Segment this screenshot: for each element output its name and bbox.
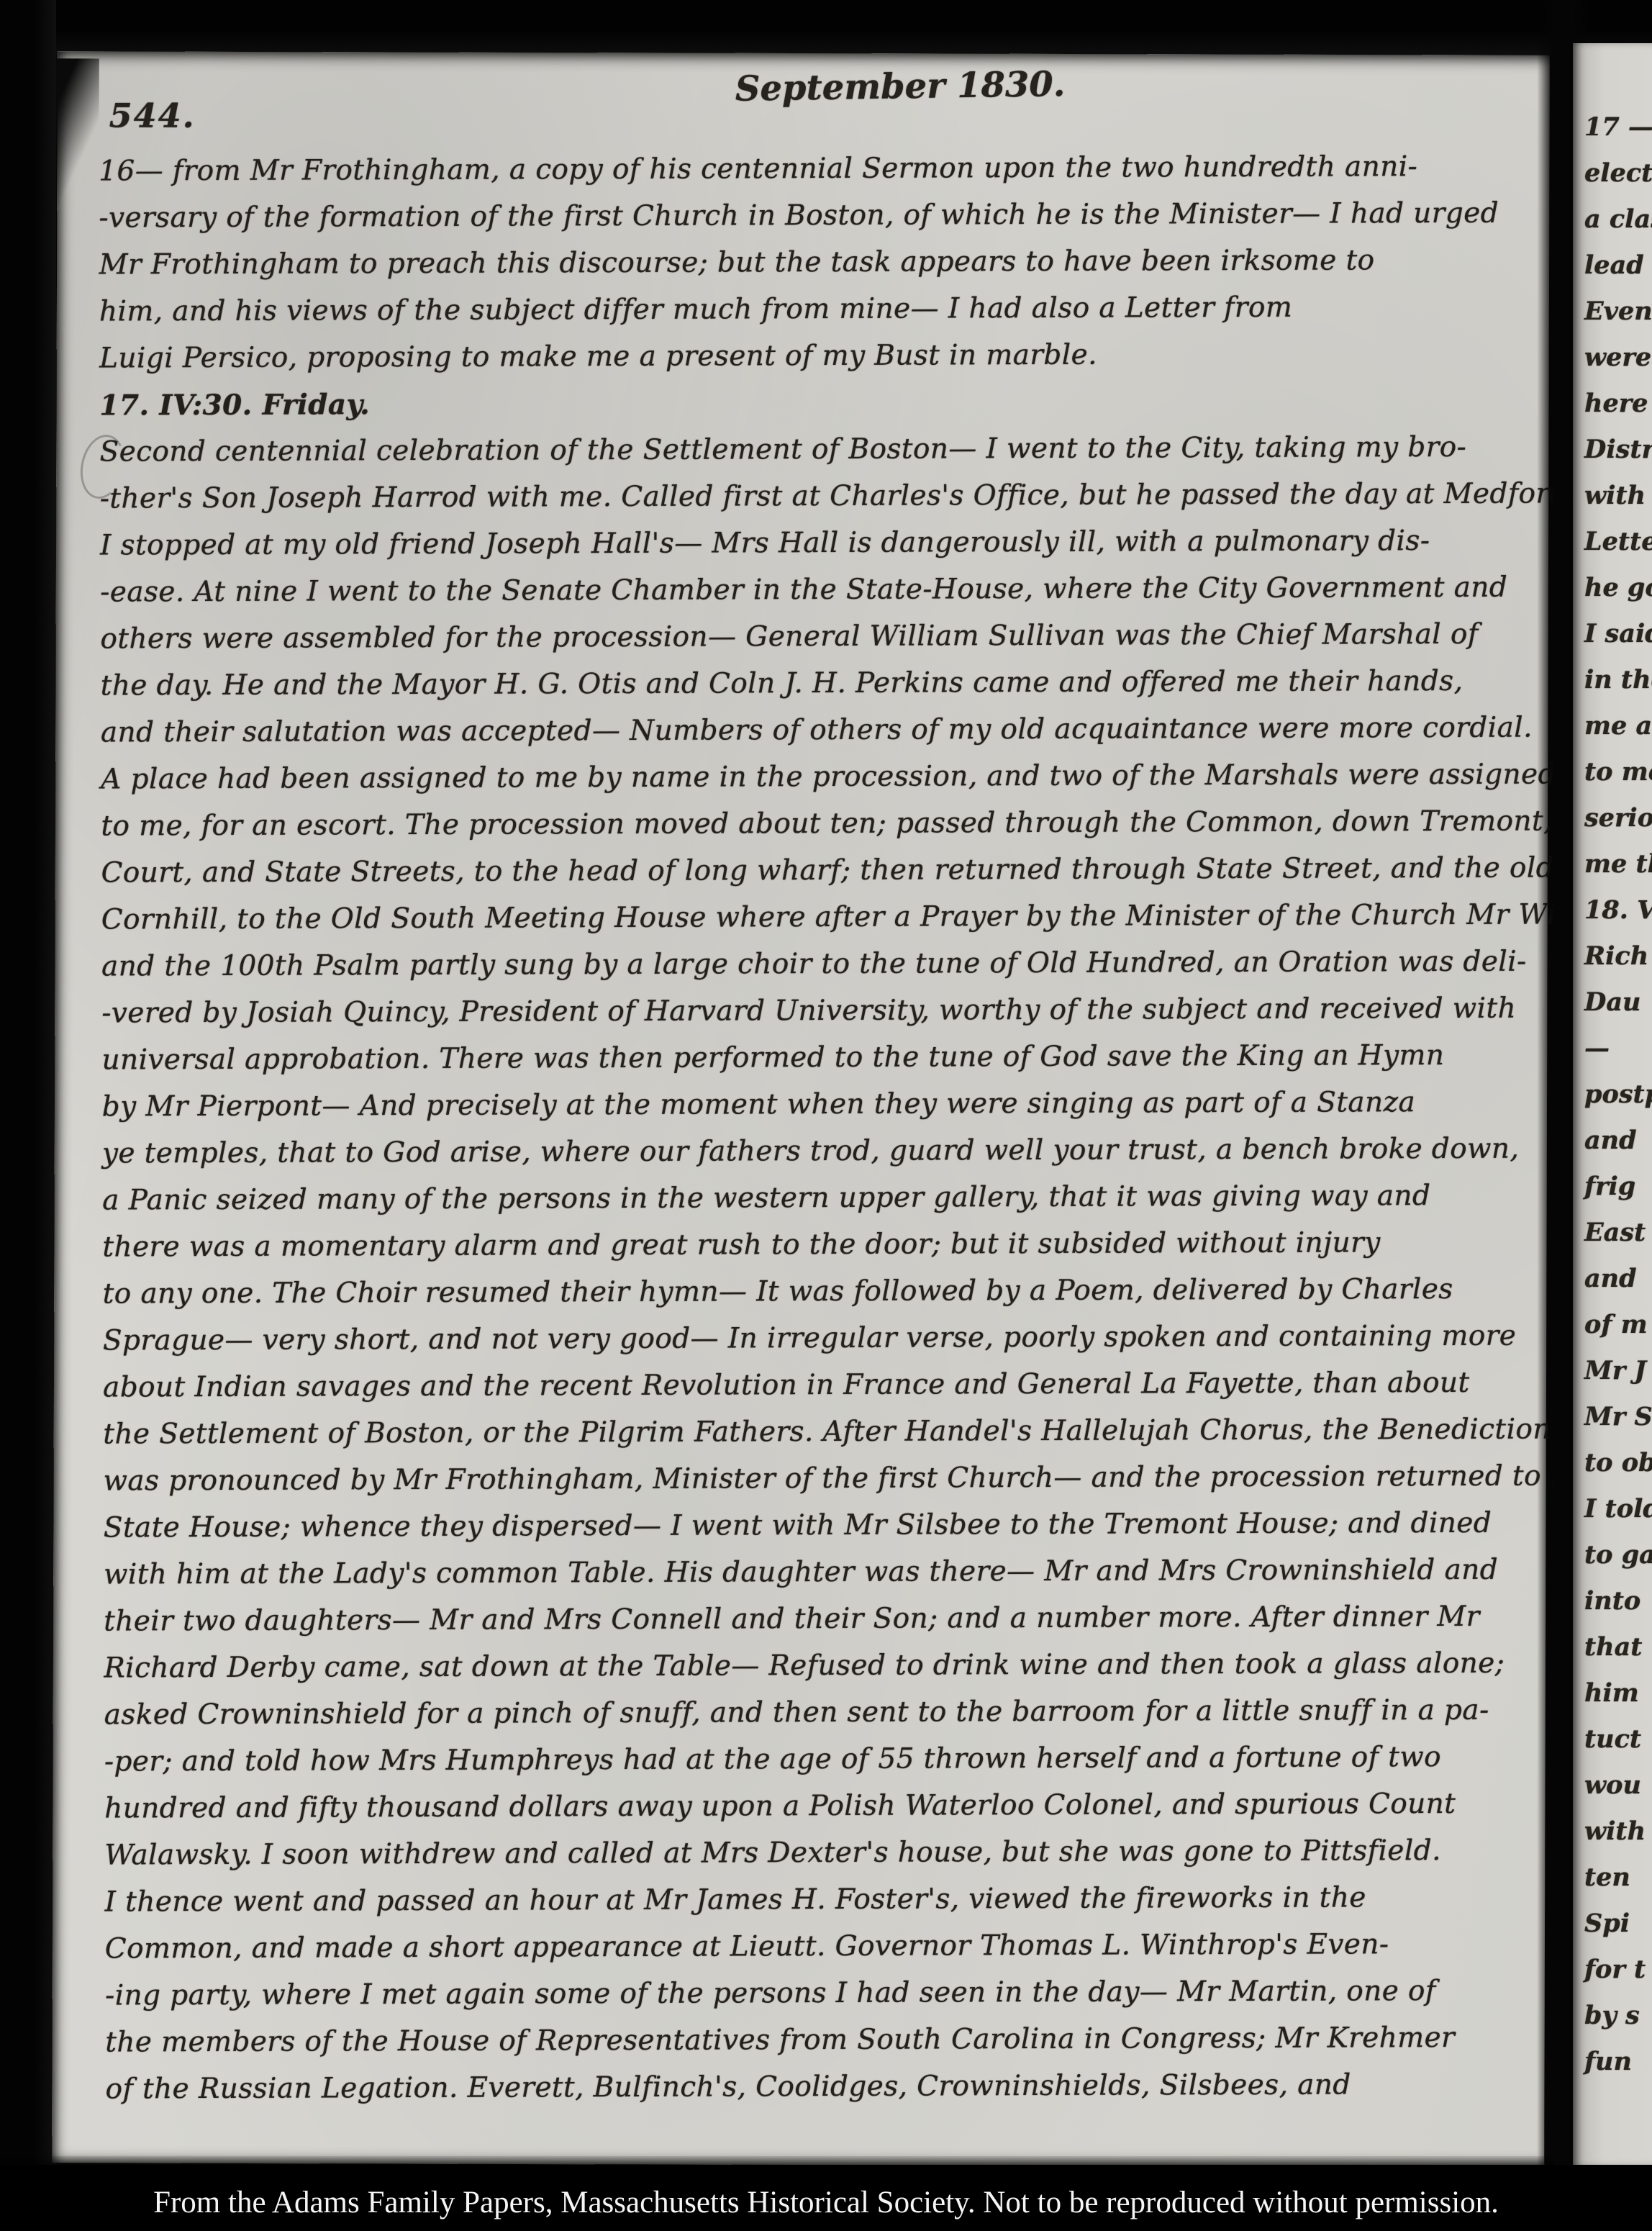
manuscript-line: -ing party, where I met again some of th…: [105, 1975, 1531, 2027]
month-header: September 1830.: [735, 64, 1065, 109]
manuscript-line: Second centennial celebration of the Set…: [100, 431, 1526, 483]
sliver-line: wou: [1573, 1770, 1652, 1816]
sliver-line: to me,: [1573, 757, 1652, 803]
sliver-line: frig: [1573, 1172, 1652, 1218]
manuscript-line: -per; and told how Mrs Humphreys had at …: [104, 1741, 1530, 1793]
sliver-line: I told: [1573, 1494, 1652, 1540]
manuscript-line: Sprague— very short, and not very good— …: [103, 1320, 1529, 1372]
manuscript-text-block: 16— from Mr Frothingham, a copy of his c…: [99, 150, 1532, 2120]
sliver-line: by s: [1573, 2001, 1652, 2047]
sliver-line: Dau: [1573, 987, 1652, 1033]
manuscript-line: I thence went and passed an hour at Mr J…: [105, 1881, 1531, 1933]
adjacent-page-sliver: 17 — 5 electi a clas lead Evenin were s …: [1573, 43, 1652, 2166]
sliver-line: him: [1573, 1678, 1652, 1724]
sliver-line: Lette: [1573, 527, 1652, 573]
sliver-line: Spi: [1573, 1909, 1652, 1955]
sliver-line: and: [1573, 1126, 1652, 1172]
sliver-line: tuct: [1573, 1724, 1652, 1770]
sliver-line: Evenin: [1573, 297, 1652, 343]
sliver-line: here f: [1573, 389, 1652, 435]
manuscript-line: universal approbation. There was then pe…: [101, 1039, 1528, 1091]
manuscript-line: a Panic seized many of the persons in th…: [102, 1180, 1528, 1231]
sliver-line: a clas: [1573, 204, 1652, 250]
manuscript-line: about Indian savages and the recent Revo…: [103, 1367, 1529, 1418]
sliver-line: lead: [1573, 250, 1652, 297]
sliver-line: Mr J: [1573, 1356, 1652, 1402]
sliver-line: to ga: [1573, 1540, 1652, 1586]
sliver-line: 18. V:: [1573, 895, 1652, 941]
sliver-line: into: [1573, 1586, 1652, 1632]
manuscript-line: hundred and fifty thousand dollars away …: [104, 1788, 1530, 1839]
manuscript-page: 544. September 1830. 16— from Mr Frothin…: [52, 51, 1550, 2166]
entry-date-heading: 17. IV:30. Friday.: [99, 384, 1525, 436]
manuscript-line: 16— from Mr Frothingham, a copy of his c…: [99, 150, 1525, 202]
manuscript-line: by Mr Pierpont— And precisely at the mom…: [102, 1086, 1528, 1138]
manuscript-line: and their salutation was accepted— Numbe…: [101, 712, 1527, 764]
sliver-line: ten: [1573, 1863, 1652, 1909]
manuscript-line: asked Crowninshield for a pinch of snuff…: [104, 1694, 1530, 1746]
manuscript-line: Walawsky. I soon withdrew and called at …: [104, 1834, 1530, 1886]
manuscript-line: the members of the House of Representati…: [105, 2022, 1531, 2073]
manuscript-line: Luigi Persico, proposing to make me a pr…: [99, 338, 1525, 389]
manuscript-line: the Settlement of Boston, or the Pilgrim…: [103, 1413, 1529, 1465]
scan-left-border: [0, 0, 56, 2231]
manuscript-line: State House; whence they dispersed— I we…: [104, 1507, 1530, 1559]
sliver-line: Mr S: [1573, 1402, 1652, 1448]
manuscript-line: their two daughters— Mr and Mrs Connell …: [104, 1601, 1530, 1652]
sliver-line: Distri: [1573, 435, 1652, 481]
scan-top-border: [0, 0, 1652, 55]
manuscript-line: Cornhill, to the Old South Meeting House…: [101, 899, 1528, 951]
manuscript-line: -vered by Josiah Quincy, President of Ha…: [101, 992, 1528, 1044]
manuscript-line: Richard Derby came, sat down at the Tabl…: [104, 1647, 1530, 1699]
manuscript-line: the day. He and the Mayor H. G. Otis and…: [101, 665, 1527, 717]
manuscript-line: Mr Frothingham to preach this discourse;…: [99, 244, 1525, 296]
sliver-line: I said: [1573, 619, 1652, 665]
manuscript-line: -versary of the formation of the first C…: [99, 197, 1525, 249]
sliver-line: postp: [1573, 1080, 1652, 1126]
sliver-line: and: [1573, 1264, 1652, 1310]
sliver-line: East: [1573, 1218, 1652, 1264]
manuscript-line: ye temples, that to God arise, where our…: [102, 1133, 1528, 1185]
manuscript-line: Common, and made a short appearance at L…: [105, 1928, 1531, 1980]
manuscript-line: with him at the Lady's common Table. His…: [104, 1554, 1530, 1606]
sliver-line: with t: [1573, 481, 1652, 527]
sliver-line: with: [1573, 1816, 1652, 1863]
manuscript-line: to me, for an escort. The procession mov…: [101, 805, 1527, 857]
archive-caption: From the Adams Family Papers, Massachuse…: [0, 2185, 1652, 2220]
sliver-line: —: [1573, 1033, 1652, 1080]
adjacent-page-text: 17 — 5 electi a clas lead Evenin were s …: [1573, 112, 1652, 2093]
page-number: 544.: [109, 96, 196, 135]
manuscript-line: -ther's Son Joseph Harrod with me. Calle…: [100, 478, 1526, 530]
manuscript-line: of the Russian Legation. Everett, Bulfin…: [105, 2068, 1531, 2120]
sliver-line: 17 — 5: [1573, 112, 1652, 158]
manuscript-line: A place had been assigned to me by name …: [101, 759, 1527, 810]
manuscript-line: and the 100th Psalm partly sung by a lar…: [101, 946, 1528, 997]
manuscript-line: him, and his views of the subject differ…: [99, 291, 1525, 343]
sliver-line: Rich: [1573, 941, 1652, 987]
manuscript-line: others were assembled for the procession…: [100, 618, 1526, 670]
sliver-line: electi: [1573, 158, 1652, 204]
sliver-line: fun: [1573, 2047, 1652, 2093]
manuscript-line: Court, and State Streets, to the head of…: [101, 852, 1528, 904]
sliver-line: me th: [1573, 849, 1652, 895]
manuscript-line: -ease. At nine I went to the Senate Cham…: [100, 571, 1526, 623]
sliver-line: seriou: [1573, 803, 1652, 849]
sliver-line: in the: [1573, 665, 1652, 711]
manuscript-line: to any one. The Choir resumed their hymn…: [103, 1273, 1529, 1325]
sliver-line: for t: [1573, 1955, 1652, 2001]
sliver-line: to obt: [1573, 1448, 1652, 1494]
sliver-line: he got: [1573, 573, 1652, 619]
sliver-line: of m: [1573, 1310, 1652, 1356]
sliver-line: me an: [1573, 711, 1652, 757]
manuscript-line: I stopped at my old friend Joseph Hall's…: [100, 525, 1526, 576]
sliver-line: that: [1573, 1632, 1652, 1678]
page-corner-fold: [55, 58, 99, 224]
manuscript-line: there was a momentary alarm and great ru…: [102, 1226, 1528, 1278]
manuscript-line: was pronounced by Mr Frothingham, Minist…: [103, 1460, 1529, 1512]
sliver-line: were s: [1573, 343, 1652, 389]
